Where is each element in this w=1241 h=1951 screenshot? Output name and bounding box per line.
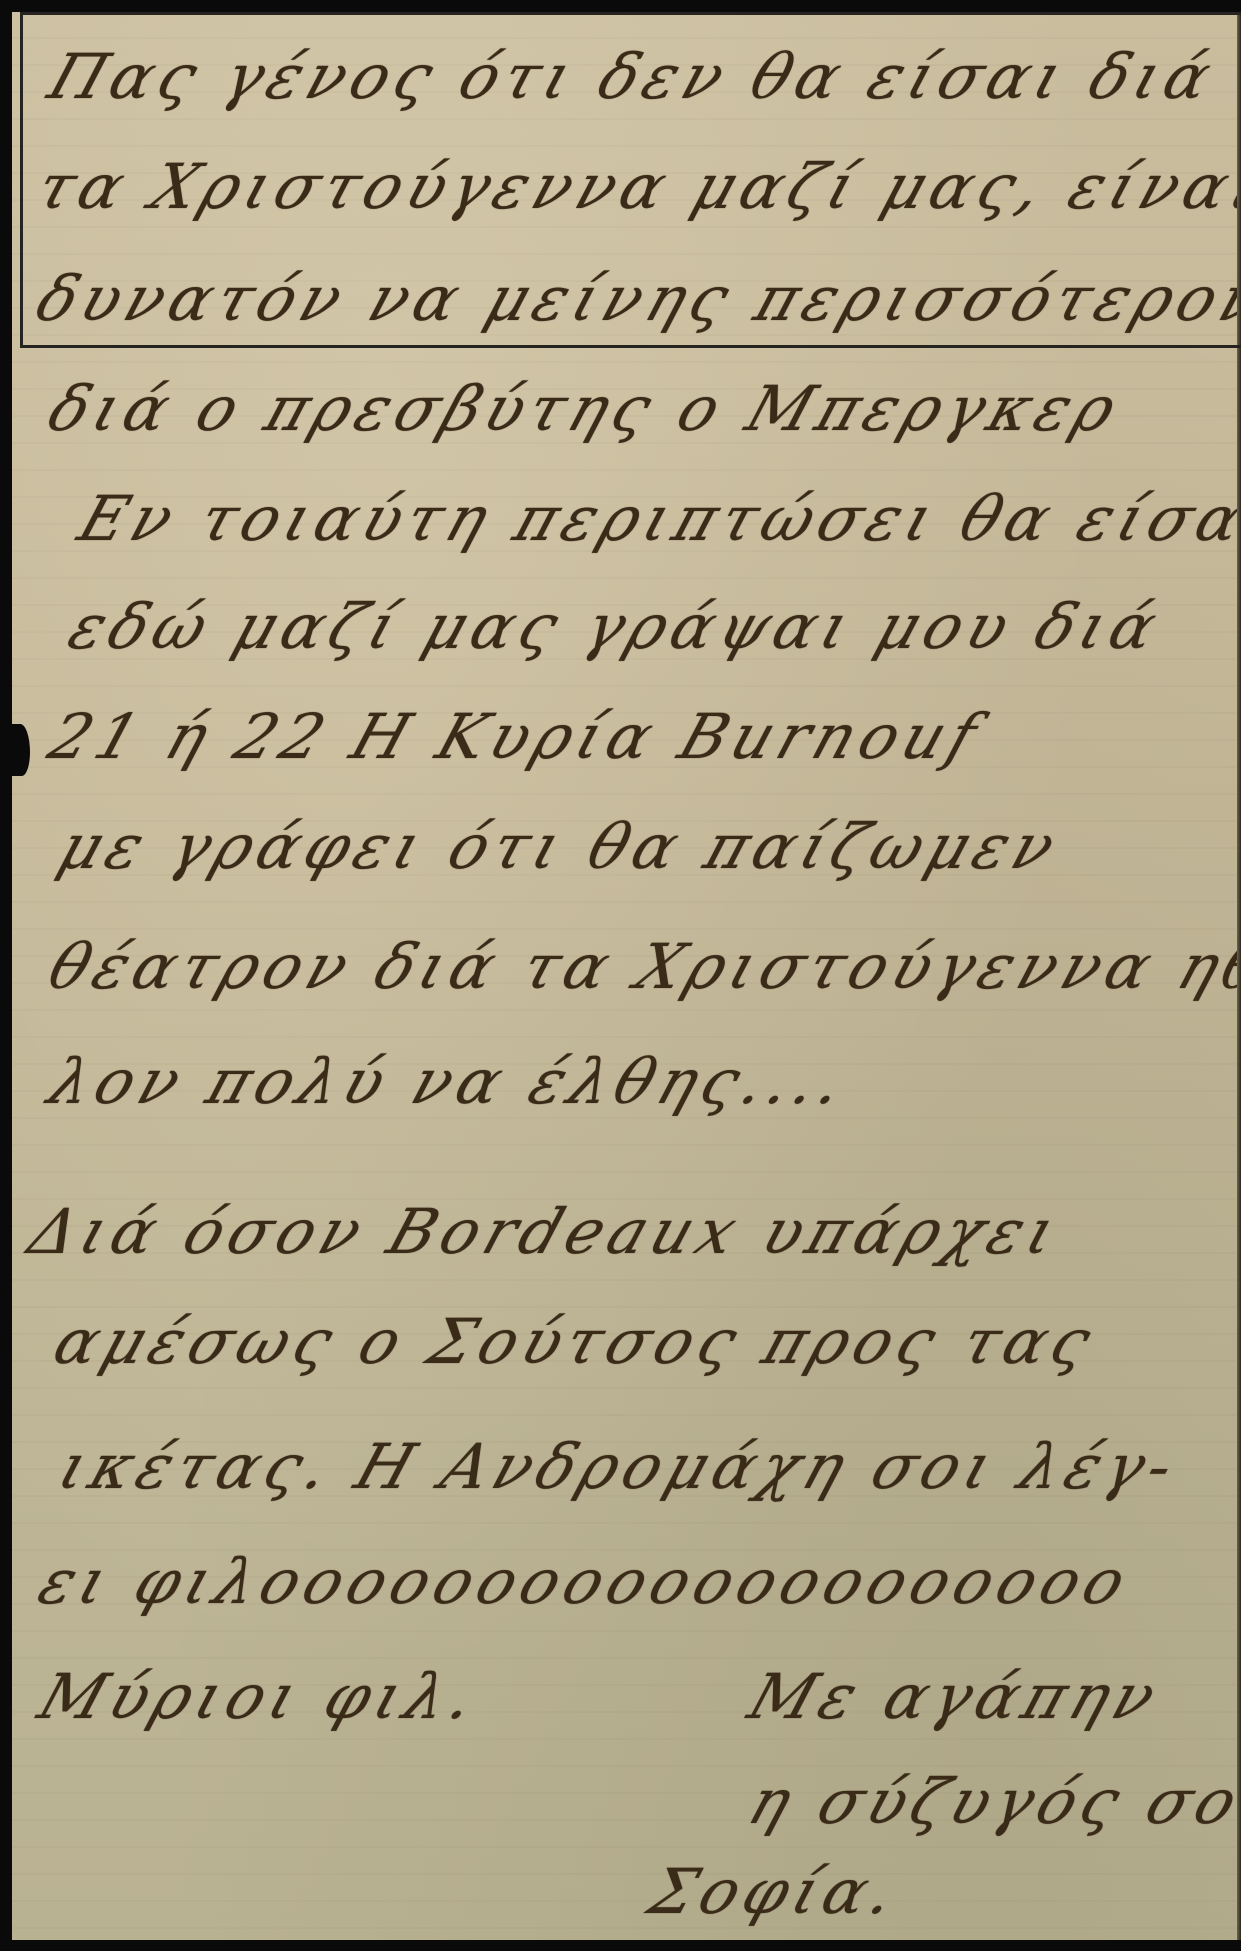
handwritten-line: εδώ μαζί μας γράψαι μου διά bbox=[60, 590, 1171, 663]
signature: Σοφία. bbox=[640, 1855, 910, 1928]
handwritten-line: Μύριοι φιλ. bbox=[30, 1660, 490, 1733]
handwritten-line: Εν τοιαύτη περιπτώσει θα είσαι bbox=[70, 482, 1241, 555]
handwritten-line: με γράφει ότι θα παίζωμεν bbox=[50, 810, 1070, 883]
handwritten-line: Διά όσον Bordeaux υπάρχει bbox=[20, 1195, 1071, 1268]
handwritten-line: θέατρον διά τα Χριστούγεννα ηθέ bbox=[40, 930, 1241, 1003]
handwritten-line: ει φιλοοοοοοοοοοοοοοοοοοοο bbox=[30, 1545, 1141, 1618]
paper-tear bbox=[12, 724, 30, 776]
handwritten-line: 21 ή 22 Η Κυρία Burnouf bbox=[40, 700, 991, 773]
handwritten-line: αμέσως ο Σούτσος προς τας bbox=[45, 1305, 1106, 1378]
handwritten-line: λον πολύ να έλθης.... bbox=[40, 1045, 858, 1118]
closing-line: Με αγάπην bbox=[740, 1660, 1171, 1733]
closing-line: η σύζυγός σου bbox=[740, 1765, 1241, 1838]
handwritten-line: διά ο πρεσβύτης ο Μπεργκερ bbox=[40, 372, 1131, 445]
handwritten-line: ικέτας. Η Ανδρομάχη σοι λέγ- bbox=[50, 1430, 1188, 1503]
annotation-highlight-box bbox=[20, 12, 1241, 348]
